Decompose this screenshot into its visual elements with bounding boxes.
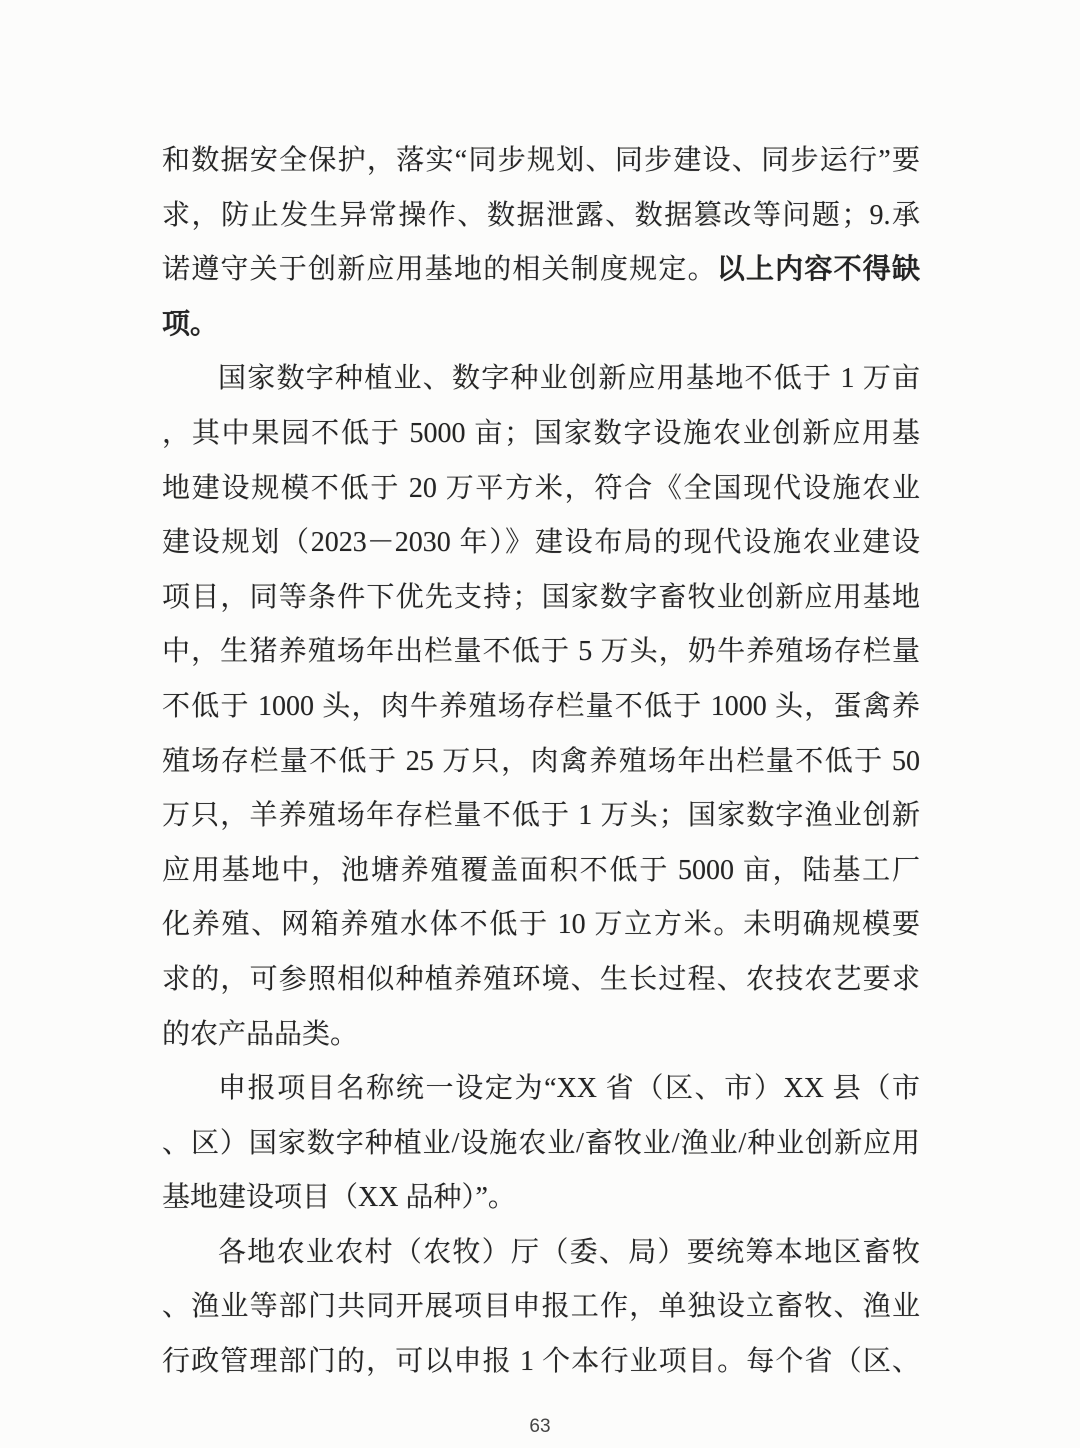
paragraph: 各地农业农村（农牧）厅（委、局）要统筹本地区畜牧、渔业等部门共同开展项目申报工作… [162, 1226, 920, 1390]
text-line: 求，防止发生异常操作、数据泄露、数据篡改等问题；9.承 [162, 189, 920, 244]
paragraph: 国家数字种植业、数字种业创新应用基地不低于 1 万亩，其中果园不低于 5000 … [162, 352, 920, 1062]
document-body: 和数据安全保护，落实“同步规划、同步建设、同步运行”要求，防止发生异常操作、数据… [162, 134, 920, 1390]
text-line: 、区）国家数字种植业/设施农业/畜牧业/渔业/种业创新应用 [162, 1117, 920, 1172]
text-line: 项目，同等条件下优先支持；国家数字畜牧业创新应用基地 [162, 571, 920, 626]
document-page: 和数据安全保护，落实“同步规划、同步建设、同步运行”要求，防止发生异常操作、数据… [0, 0, 1080, 1448]
text-segment: 地建设规模不低于 20 万平方米，符合《全国现代设施农业 [162, 473, 920, 504]
page-number: 63 [0, 1416, 1080, 1438]
text-line: 建设规划（2023－2030 年）》建设布局的现代设施农业建设 [162, 516, 920, 571]
text-line: 的农产品品类。 [162, 1008, 920, 1063]
text-segment: 基地建设项目（XX 品种）”。 [162, 1182, 516, 1213]
text-line: 项。 [162, 298, 920, 353]
text-segment: 和数据安全保护，落实“同步规划、同步建设、同步运行”要 [162, 145, 920, 176]
text-segment: 诺遵守关于创新应用基地的相关制度规定。 [162, 254, 717, 285]
text-segment: 殖场存栏量不低于 25 万只，肉禽养殖场年出栏量不低于 50 [162, 746, 920, 777]
text-segment: 万只，羊养殖场年存栏量不低于 1 万头；国家数字渔业创新 [162, 800, 920, 831]
text-line: 诺遵守关于创新应用基地的相关制度规定。以上内容不得缺 [162, 243, 920, 298]
text-segment: 求的，可参照相似种植养殖环境、生长过程、农技农艺要求 [162, 964, 920, 995]
text-line: 化养殖、网箱养殖水体不低于 10 万立方米。未明确规模要 [162, 898, 920, 953]
text-segment: 、渔业等部门共同开展项目申报工作，单独设立畜牧、渔业 [162, 1291, 920, 1322]
text-line: 应用基地中，池塘养殖覆盖面积不低于 5000 亩，陆基工厂 [162, 844, 920, 899]
text-line: 万只，羊养殖场年存栏量不低于 1 万头；国家数字渔业创新 [162, 789, 920, 844]
text-line: 不低于 1000 头，肉牛养殖场存栏量不低于 1000 头，蛋禽养 [162, 680, 920, 735]
text-segment: ，其中果园不低于 5000 亩；国家数字设施农业创新应用基 [162, 418, 920, 449]
text-line: 基地建设项目（XX 品种）”。 [162, 1171, 920, 1226]
text-line: 中，生猪养殖场年出栏量不低于 5 万头，奶牛养殖场存栏量 [162, 625, 920, 680]
text-line: 、渔业等部门共同开展项目申报工作，单独设立畜牧、渔业 [162, 1280, 920, 1335]
bold-text-segment: 项。 [162, 309, 218, 340]
text-line: 各地农业农村（农牧）厅（委、局）要统筹本地区畜牧 [162, 1226, 920, 1281]
text-segment: 不低于 1000 头，肉牛养殖场存栏量不低于 1000 头，蛋禽养 [162, 691, 920, 722]
paragraph: 申报项目名称统一设定为“XX 省（区、市）XX 县（市、区）国家数字种植业/设施… [162, 1062, 920, 1226]
text-line: 国家数字种植业、数字种业创新应用基地不低于 1 万亩 [162, 352, 920, 407]
text-segment: 化养殖、网箱养殖水体不低于 10 万立方米。未明确规模要 [162, 909, 920, 940]
text-segment: 国家数字种植业、数字种业创新应用基地不低于 1 万亩 [218, 363, 920, 394]
text-segment: 建设规划（2023－2030 年）》建设布局的现代设施农业建设 [162, 527, 920, 558]
text-line: 殖场存栏量不低于 25 万只，肉禽养殖场年出栏量不低于 50 [162, 735, 920, 790]
text-line: 申报项目名称统一设定为“XX 省（区、市）XX 县（市 [162, 1062, 920, 1117]
text-line: 和数据安全保护，落实“同步规划、同步建设、同步运行”要 [162, 134, 920, 189]
text-segment: 、区）国家数字种植业/设施农业/畜牧业/渔业/种业创新应用 [162, 1128, 920, 1159]
text-segment: 申报项目名称统一设定为“XX 省（区、市）XX 县（市 [218, 1073, 920, 1104]
text-line: 行政管理部门的，可以申报 1 个本行业项目。每个省（区、 [162, 1335, 920, 1390]
text-segment: 行政管理部门的，可以申报 1 个本行业项目。每个省（区、 [162, 1346, 920, 1377]
text-segment: 的农产品品类。 [162, 1019, 358, 1050]
paragraph: 和数据安全保护，落实“同步规划、同步建设、同步运行”要求，防止发生异常操作、数据… [162, 134, 920, 352]
text-line: 地建设规模不低于 20 万平方米，符合《全国现代设施农业 [162, 462, 920, 517]
text-segment: 各地农业农村（农牧）厅（委、局）要统筹本地区畜牧 [218, 1237, 920, 1268]
text-line: 求的，可参照相似种植养殖环境、生长过程、农技农艺要求 [162, 953, 920, 1008]
text-line: ，其中果园不低于 5000 亩；国家数字设施农业创新应用基 [162, 407, 920, 462]
text-segment: 求，防止发生异常操作、数据泄露、数据篡改等问题；9.承 [162, 200, 920, 231]
text-segment: 中，生猪养殖场年出栏量不低于 5 万头，奶牛养殖场存栏量 [162, 636, 920, 667]
text-segment: 应用基地中，池塘养殖覆盖面积不低于 5000 亩，陆基工厂 [162, 855, 920, 886]
text-segment: 项目，同等条件下优先支持；国家数字畜牧业创新应用基地 [162, 582, 920, 613]
bold-text-segment: 以上内容不得缺 [717, 254, 920, 285]
